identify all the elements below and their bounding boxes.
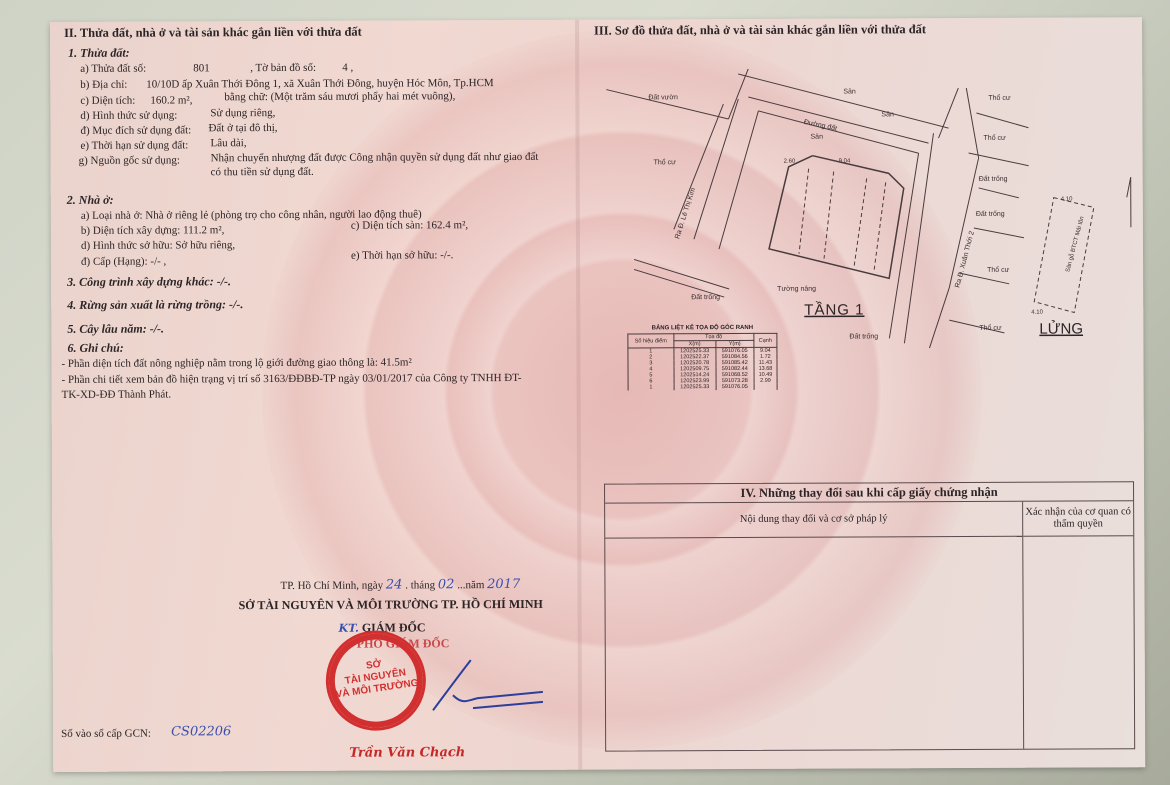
registry-number: CS02206 <box>171 724 231 739</box>
house-heading: 2. Nhà ở: <box>67 193 114 208</box>
changes-content-column: Nội dung thay đổi và cơ sở pháp lý <box>605 502 1024 751</box>
land-certificate-sheet: II. Thửa đất, nhà ở và tài sản khác gắn … <box>50 17 1145 772</box>
section-2-title: II. Thửa đất, nhà ở và tài sản khác gắn … <box>64 25 362 41</box>
purpose-value: Đất ở tại đô thị, <box>208 122 277 134</box>
label-san-3: Sân <box>810 134 823 141</box>
label-duong-dat: Đường đất <box>803 117 838 133</box>
coords-cell: 1 <box>628 384 674 390</box>
address-value: 10/10D ấp Xuân Thới Đông 1, xã Xuân Thới… <box>146 77 493 91</box>
land-heading: 1. Thửa đất: <box>68 46 130 61</box>
note-1: - Phần diện tích đất nông nghiệp nằm tro… <box>61 356 411 370</box>
boundary-coordinates-table: BẢNG LIỆT KÊ TỌA ĐỘ GÓC RANH Số hiệu điể… <box>627 325 777 391</box>
map-sheet-number: 4 , <box>342 62 353 74</box>
dim-2: 9.04 <box>839 159 851 165</box>
coords-cell: 591076.05 <box>716 384 754 390</box>
label-san-1: Sân <box>843 88 856 95</box>
registry-label: Số vào sổ cấp GCN: <box>61 728 151 740</box>
perennial-trees: 5. Cây lâu năm: -/-. <box>67 322 164 337</box>
area-words: bằng chữ: (Một trăm sáu mươi phẩy hai mé… <box>224 90 455 103</box>
handwritten-signature <box>393 640 543 721</box>
ownership: d) Hình thức sở hữu: Sở hữu riêng, <box>81 239 235 252</box>
section-4-title: IV. Những thay đổi sau khi cấp giấy chứn… <box>605 482 1133 503</box>
changes-confirmation-header: Xác nhận của cơ quan có thẩm quyền <box>1023 501 1133 536</box>
use-form-value: Sử dụng riêng, <box>210 107 275 119</box>
use-form-label: d) Hình thức sử dụng: <box>80 109 177 121</box>
dim-1: 2.60 <box>784 159 796 165</box>
year-label: ...năm <box>457 579 484 591</box>
section-3-title: III. Sơ đồ thửa đất, nhà ở và tài sản kh… <box>594 22 926 38</box>
month-label: . tháng <box>405 579 435 591</box>
coords-cell: 1202525.33 <box>674 384 716 390</box>
dim-mezz-bottom: 4.10 <box>1031 310 1043 316</box>
notes-heading: 6. Ghi chú: <box>67 341 123 356</box>
place-date: TP. Hồ Chí Minh, ngày 24 . tháng 02 ...n… <box>280 577 520 593</box>
year-value: 2017 <box>487 577 520 592</box>
page-fold <box>575 20 582 770</box>
term-value: Lâu dài, <box>211 137 247 149</box>
day-value: 24 <box>386 577 403 592</box>
changes-table: IV. Những thay đổi sau khi cấp giấy chứn… <box>604 481 1135 751</box>
forest: 4. Rừng sản xuất là rừng trồng: -/-. <box>67 297 243 313</box>
build-area: b) Diện tích xây dựng: 111.2 m², <box>81 224 225 237</box>
term-label: e) Thời hạn sử dụng đất: <box>81 139 189 151</box>
coords-row: 11202525.33591076.05 <box>628 384 777 391</box>
coords-cell <box>754 384 777 390</box>
label-dat-trong-2: Đất trống <box>976 209 1005 218</box>
coords-title: BẢNG LIỆT KÊ TỌA ĐỘ GÓC RANH <box>627 325 777 332</box>
label-dat-trong-1: Đất trống <box>979 174 1008 183</box>
signer-name: Trần Văn Chạch <box>349 745 465 761</box>
dim-mezz-top: 4.10 <box>1061 197 1073 203</box>
coords-header-edge: Cạnh <box>754 333 777 347</box>
label-dat-trong-4: Đất trống <box>849 331 878 340</box>
area-value: 160.2 m², <box>150 94 192 106</box>
note-2: - Phần chi tiết xem bản đồ hiện trạng vị… <box>62 372 522 386</box>
label-le-thi-kim: Ra Đ. Lê Thị Kim <box>674 187 697 240</box>
mezzanine-label: LỬNG <box>1039 319 1083 337</box>
other-construction: 3. Công trình xây dựng khác: -/-. <box>67 274 231 290</box>
parcel-label: a) Thửa đất số: <box>80 63 146 75</box>
origin-label: g) Nguồn gốc sử dụng: <box>79 154 180 166</box>
grade: đ) Cấp (Hạng): -/- , <box>81 255 166 267</box>
label-xuan-thoi: Ra Đ. Xuân Thới 2 <box>954 230 976 288</box>
label-tho-cu-4: Thổ cư <box>987 266 1010 274</box>
label-mezz: Sàn gỗ BTCT Mái tôn <box>1064 216 1085 273</box>
ownership-term: e) Thời hạn sở hữu: -/-. <box>351 249 453 261</box>
issuing-authority: SỞ TÀI NGUYÊN VÀ MÔI TRƯỜNG TP. HỒ CHÍ M… <box>239 597 543 613</box>
purpose-label: đ) Mục đích sử dụng đất: <box>80 124 191 136</box>
area-label: c) Diện tích: <box>80 95 135 107</box>
map-sheet-label: , Tờ bản đồ số: <box>250 62 316 74</box>
label-tho-cu-1: Thổ cư <box>654 158 677 166</box>
parcel-number: 801 <box>193 62 210 74</box>
note-3: TK-XD-ĐĐ Thành Phát. <box>62 388 172 400</box>
label-san-2: Sân <box>881 111 894 118</box>
site-plan-diagram: Đất vườn Sân Sân Đường đất Sân Thổ cư Th… <box>598 57 1139 349</box>
origin-line-2: có thu tiền sử dụng đất. <box>211 166 314 178</box>
floor-area: c) Diện tích sàn: 162.4 m², <box>351 219 468 232</box>
label-tuong-nang: Tường nâng <box>777 286 816 293</box>
changes-content-header: Nội dung thay đổi và cơ sở pháp lý <box>605 502 1022 539</box>
label-dat-trong-3: Đất trống <box>691 292 720 301</box>
coords-header-point: Số hiệu điểm <box>628 334 674 348</box>
label-dat-vuon: Đất vườn <box>648 92 678 101</box>
label-tho-cu-2: Thổ cư <box>988 94 1011 102</box>
label-tho-cu-5: Thổ cư <box>979 324 1002 332</box>
origin-line-1: Nhận chuyển nhượng đất được Công nhận qu… <box>211 151 539 164</box>
floor-1-label: TẦNG 1 <box>804 301 864 318</box>
address-label: b) Địa chỉ: <box>80 79 127 91</box>
month-value: 02 <box>438 577 455 592</box>
place-date-prefix: TP. Hồ Chí Minh, ngày <box>280 580 383 592</box>
kt-mark: KT. <box>339 622 359 635</box>
changes-confirmation-column: Xác nhận của cơ quan có thẩm quyền <box>1023 501 1134 748</box>
label-tho-cu-3: Thổ cư <box>983 134 1006 142</box>
